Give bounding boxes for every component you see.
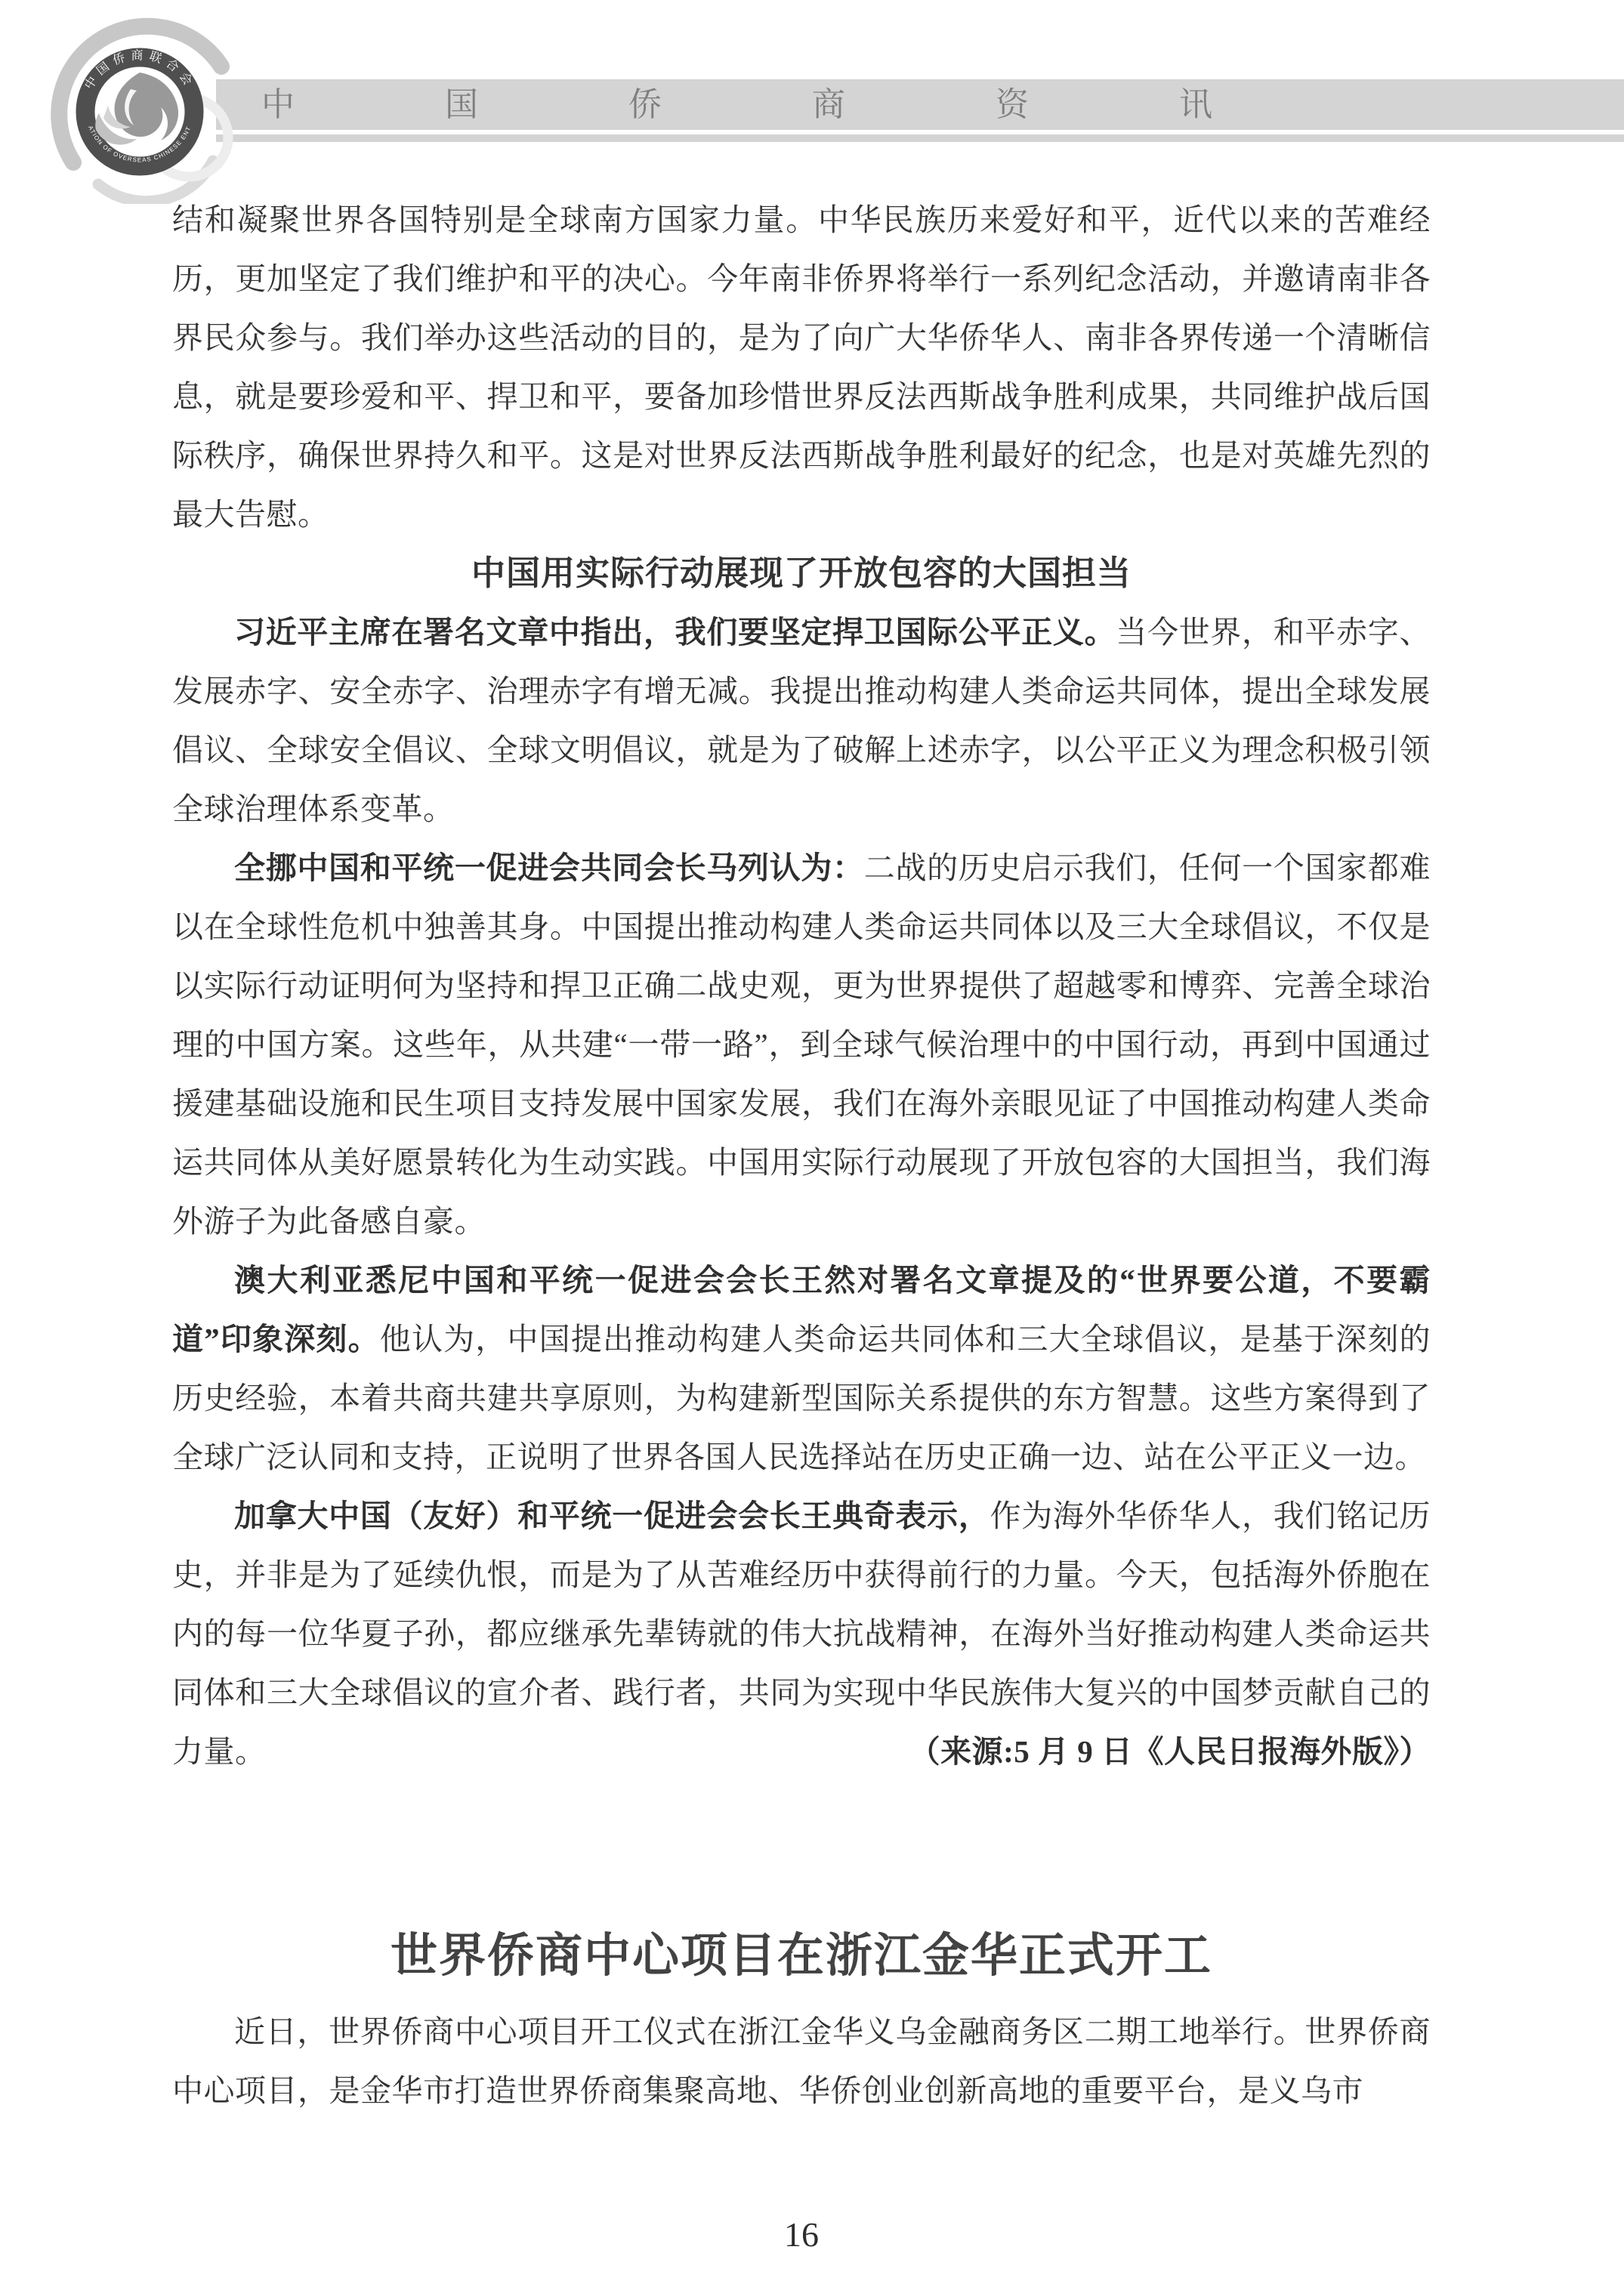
org-logo: 中国侨商联合会 CHINA FEDERATION OF OVERSEAS CHI… (26, 0, 261, 204)
article2-paragraph: 近日，世界侨商中心项目开工仪式在浙江金华义乌金融商务区二期工地举行。世界侨商中心… (172, 2002, 1431, 2120)
article1-source: （来源:5 月 9 日《人民日报海外版》） (909, 1722, 1431, 1781)
newsletter-page: { "header": { "bar_title": "中 国 侨 商 资 讯"… (0, 0, 1624, 2293)
header-accent-bar (216, 134, 1624, 142)
article1-opening-paragraph: 结和凝聚世界各国特别是全球南方国家力量。中华民族历来爱好和平，近代以来的苦难经历… (172, 190, 1431, 544)
article1-paragraph: 习近平主席在署名文章中指出，我们要坚定捍卫国际公平正义。当今世界，和平赤字、发展… (172, 603, 1431, 838)
page-number: 16 (172, 2214, 1431, 2254)
article1-paragraph: 加拿大中国（友好）和平统一促进会会长王典奇表示，作为海外华侨华人，我们铭记历史，… (172, 1486, 1431, 1781)
paragraph-lead: 习近平主席在署名文章中指出，我们要坚定捍卫国际公平正义。 (234, 615, 1116, 650)
article2-title: 世界侨商中心项目在浙江金华正式开工 (172, 1918, 1431, 1994)
paragraph-text: 二战的历史启示我们，任何一个国家都难以在全球性危机中独善其身。中国提出推动构建人… (172, 850, 1431, 1239)
article1-section-heading: 中国用实际行动展现了开放包容的大国担当 (172, 544, 1431, 603)
article1-body: 结和凝聚世界各国特别是全球南方国家力量。中华民族历来爱好和平，近代以来的苦难经历… (172, 190, 1431, 1781)
paragraph-lead: 加拿大中国（友好）和平统一促进会会长王典奇表示， (234, 1498, 990, 1533)
newsletter-masthead: 中 国 侨 商 资 讯 (261, 79, 1283, 130)
article1-paragraph: 全挪中国和平统一促进会共同会长马列认为：二战的历史启示我们，任何一个国家都难以在… (172, 838, 1431, 1251)
article1-paragraph: 澳大利亚悉尼中国和平统一促进会会长王然对署名文章提及的“世界要公道，不要霸道”印… (172, 1251, 1431, 1486)
org-logo-emblem: 中国侨商联合会 CHINA FEDERATION OF OVERSEAS CHI… (26, 0, 261, 204)
paragraph-lead: 全挪中国和平统一促进会共同会长马列认为： (234, 850, 864, 885)
